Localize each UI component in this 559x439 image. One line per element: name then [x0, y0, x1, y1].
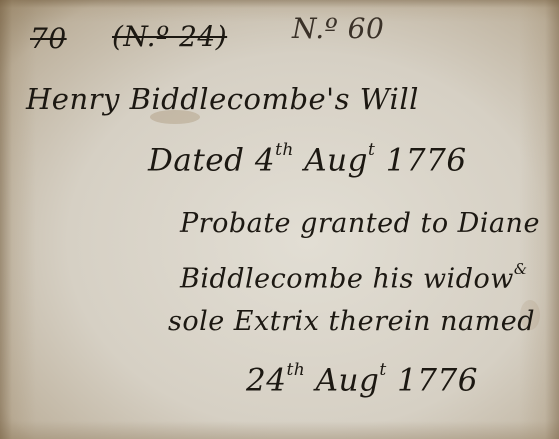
- probate-line-2-suffix: &: [514, 260, 528, 278]
- probate-day: 24: [246, 362, 286, 398]
- probate-year: 1776: [397, 362, 478, 398]
- manuscript-page: 70 (N.º 24) N.º 60 Henry Biddlecombe's W…: [0, 0, 559, 439]
- dated-month: Aug: [304, 142, 368, 178]
- old-number: 70: [30, 22, 67, 55]
- probate-month: Aug: [316, 362, 380, 398]
- probate-line-2-text: Biddlecombe his widow: [180, 263, 514, 294]
- probate-line-1: Probate granted to Diane: [180, 208, 540, 239]
- probate-date: 24th Augt 1776: [246, 360, 478, 398]
- probate-line-3: sole Extrix therein named: [168, 306, 535, 337]
- dated-line: Dated 4th Augt 1776: [148, 140, 467, 178]
- probate-line-2: Biddlecombe his widow&: [180, 260, 528, 294]
- docket-number: N.º 60: [292, 12, 384, 45]
- struck-bracketed-number: (N.º 24): [112, 20, 227, 53]
- will-title: Henry Biddlecombe's Will: [26, 82, 419, 116]
- dated-month-suffix: t: [368, 140, 375, 160]
- dated-year: 1776: [386, 142, 467, 178]
- dated-prefix: Dated: [148, 142, 244, 178]
- probate-month-suffix: t: [379, 360, 386, 380]
- dated-day: 4: [255, 142, 275, 178]
- probate-day-suffix: th: [286, 360, 305, 380]
- dated-day-suffix: th: [275, 140, 294, 160]
